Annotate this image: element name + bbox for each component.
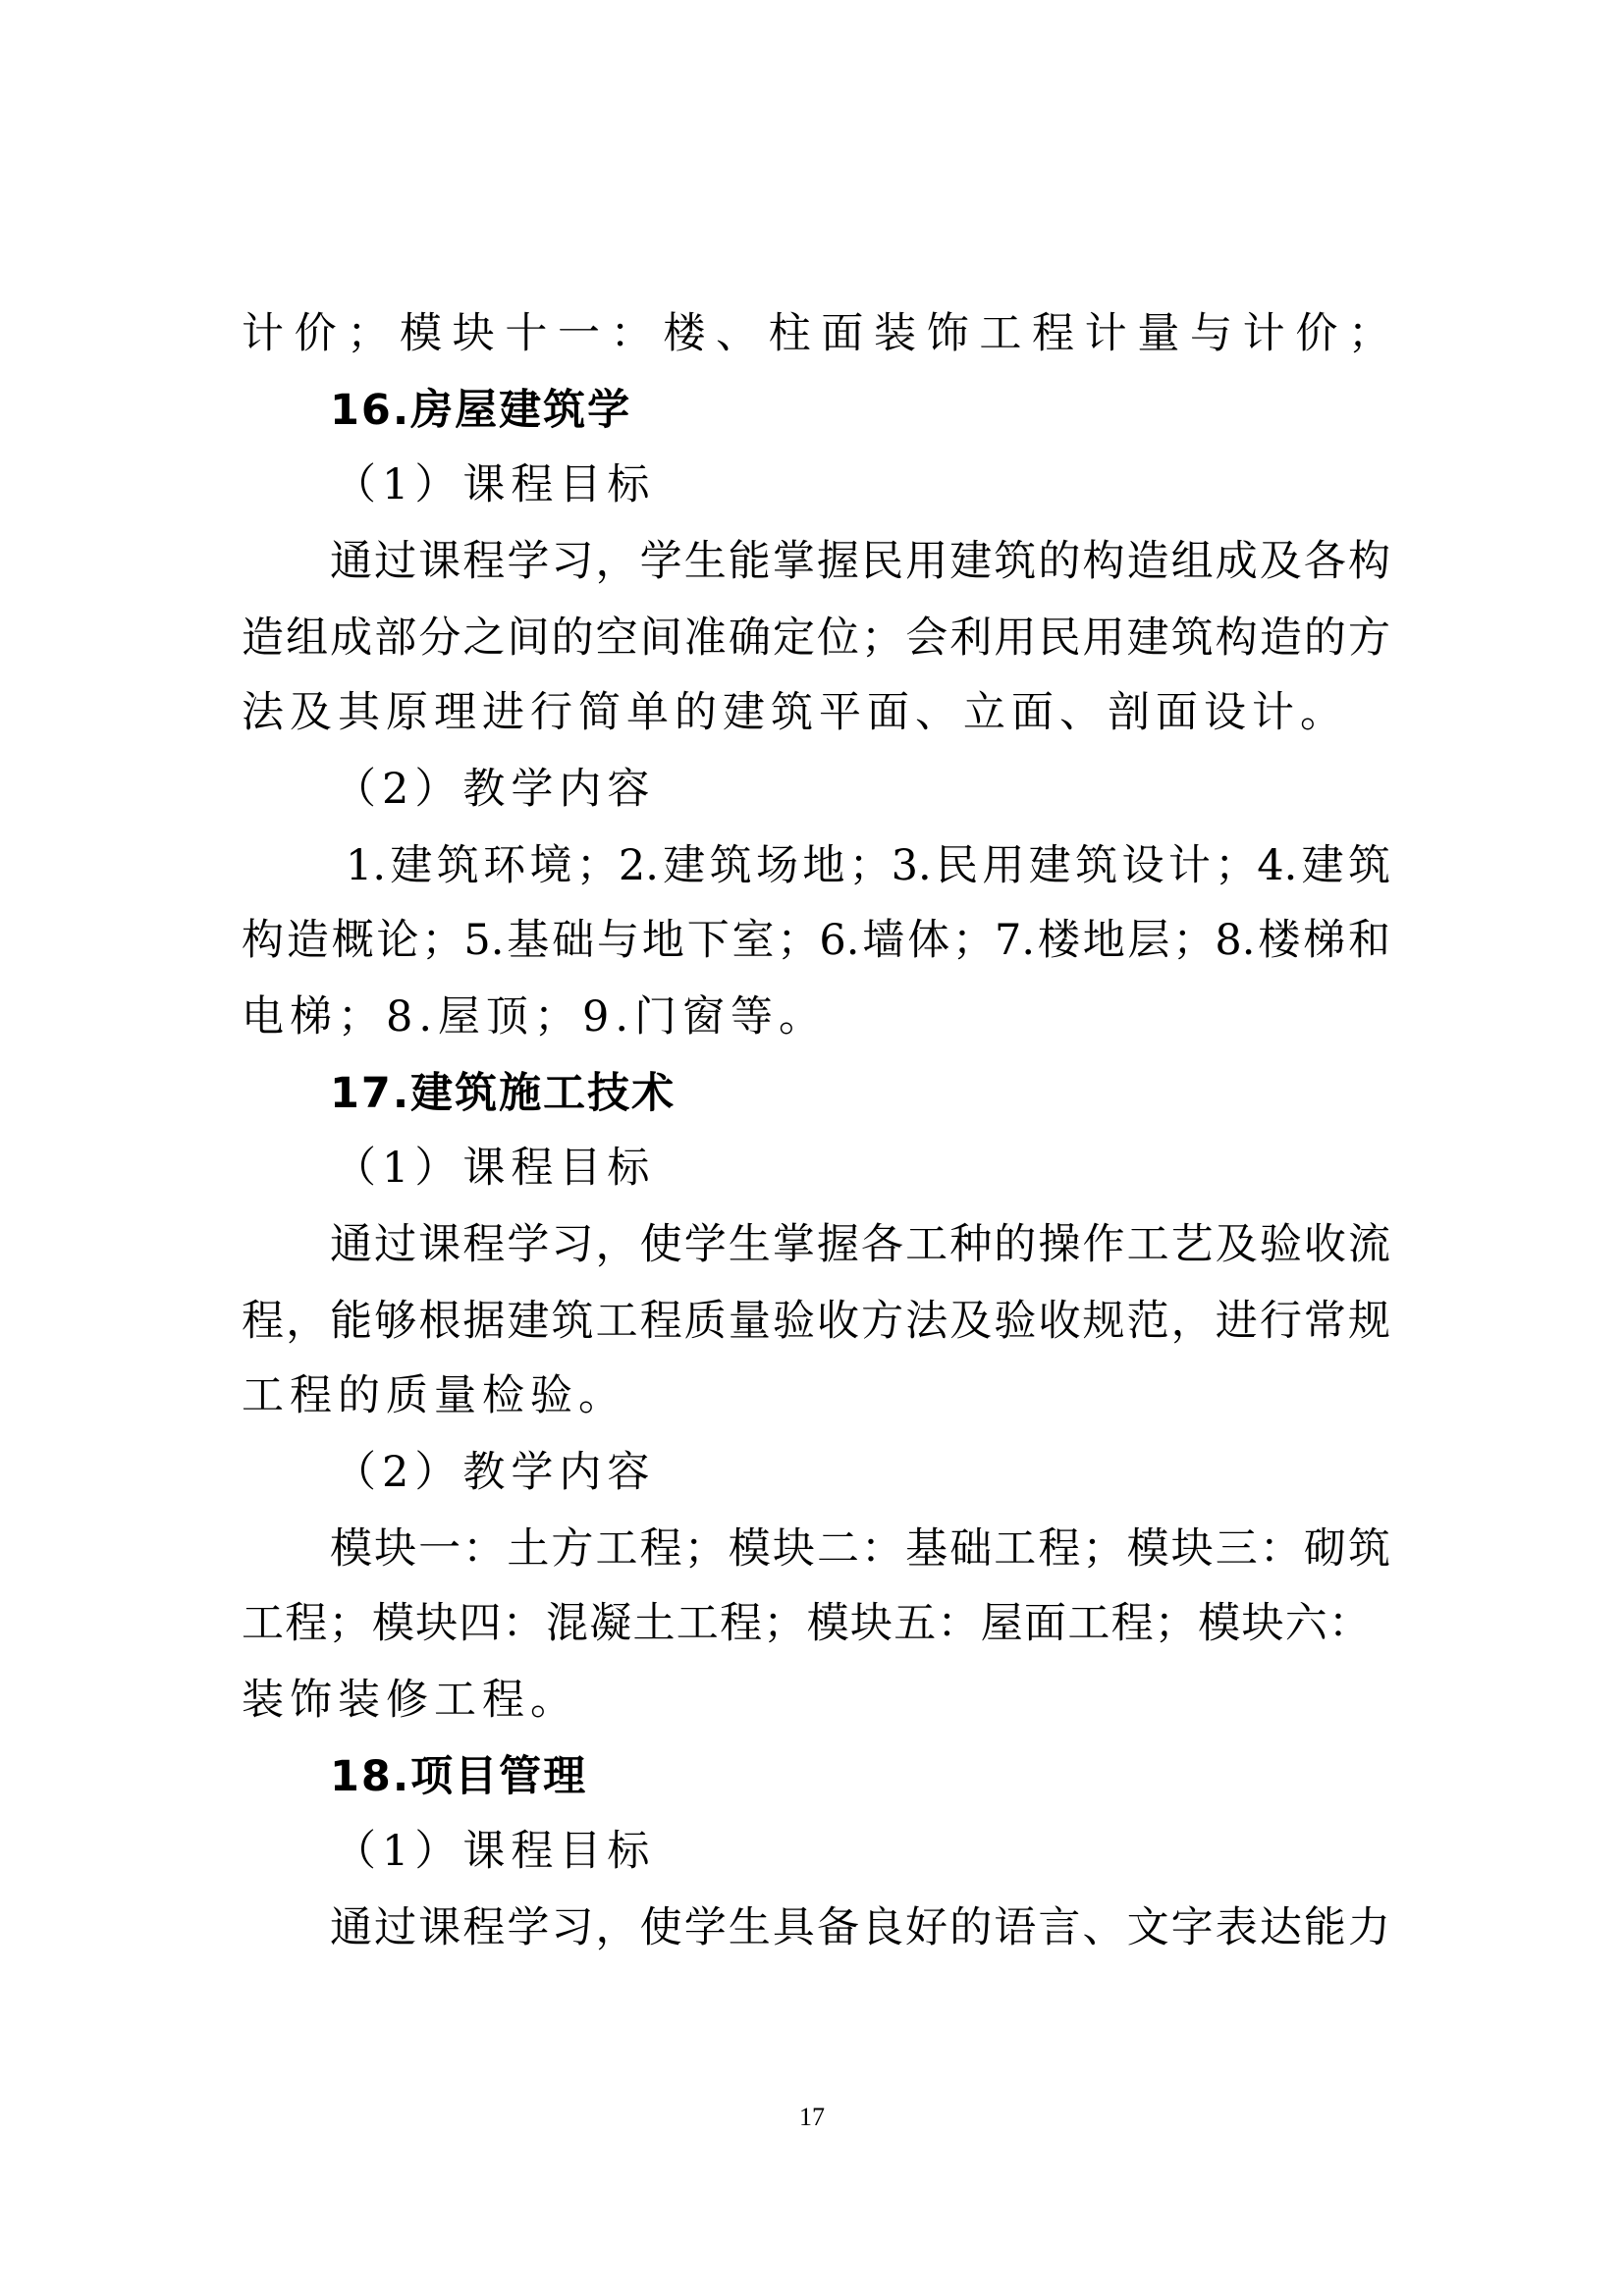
course-goal-label-18: （1）课程目标: [334, 1826, 1483, 1877]
teaching-content-label-17: （2）教学内容: [334, 1447, 1483, 1498]
course-goal-text-16-line-3: 法及其原理进行简单的建筑平面、立面、剖面设计。: [242, 687, 1390, 738]
course-goal-text-18-line-1: 通过课程学习，使学生具备良好的语言、文字表达能力: [330, 1902, 1390, 1953]
page-number: 17: [0, 2103, 1624, 2132]
teaching-content-16-line-3: 电梯；8.屋顶；9.门窗等。: [242, 991, 1390, 1042]
course-goal-text-16-line-2: 造组成部分之间的空间准确定位；会利用民用建筑构造的方: [242, 613, 1390, 664]
teaching-content-16-line-2: 构造概论；5.基础与地下室；6.墙体；7.楼地层；8.楼梯和: [242, 915, 1390, 966]
course-goal-label-16: （1）课程目标: [334, 459, 1483, 510]
course-goal-label-17: （1）课程目标: [334, 1143, 1483, 1194]
continued-paragraph-line: 计价；模块十一：楼、柱面装饰工程计量与计价；: [242, 308, 1390, 359]
course-goal-text-16-line-1: 通过课程学习，学生能掌握民用建筑的构造组成及各构: [330, 536, 1390, 587]
teaching-content-17-line-2: 工程；模块四：混凝土工程；模块五：屋面工程；模块六：: [242, 1598, 1371, 1649]
teaching-content-16-line-1: 1.建筑环境；2.建筑场地；3.民用建筑设计；4.建筑: [346, 840, 1390, 891]
teaching-content-17-line-1: 模块一：土方工程；模块二：基础工程；模块三：砌筑: [330, 1523, 1390, 1575]
section-heading-16: 16.房屋建筑学: [330, 385, 1479, 436]
course-goal-text-17-line-1: 通过课程学习，使学生掌握各工种的操作工艺及验收流: [330, 1219, 1390, 1270]
teaching-content-17-line-3: 装饰装修工程。: [242, 1675, 1390, 1726]
section-heading-18: 18.项目管理: [330, 1751, 1479, 1802]
section-heading-17: 17.建筑施工技术: [330, 1068, 1479, 1119]
document-page: 计价；模块十一：楼、柱面装饰工程计量与计价； 16.房屋建筑学 （1）课程目标 …: [0, 0, 1624, 2296]
course-goal-text-17-line-3: 工程的质量检验。: [242, 1370, 1390, 1421]
course-goal-text-17-line-2: 程，能够根据建筑工程质量验收方法及验收规范，进行常规: [242, 1296, 1390, 1347]
teaching-content-label-16: （2）教学内容: [334, 764, 1483, 815]
